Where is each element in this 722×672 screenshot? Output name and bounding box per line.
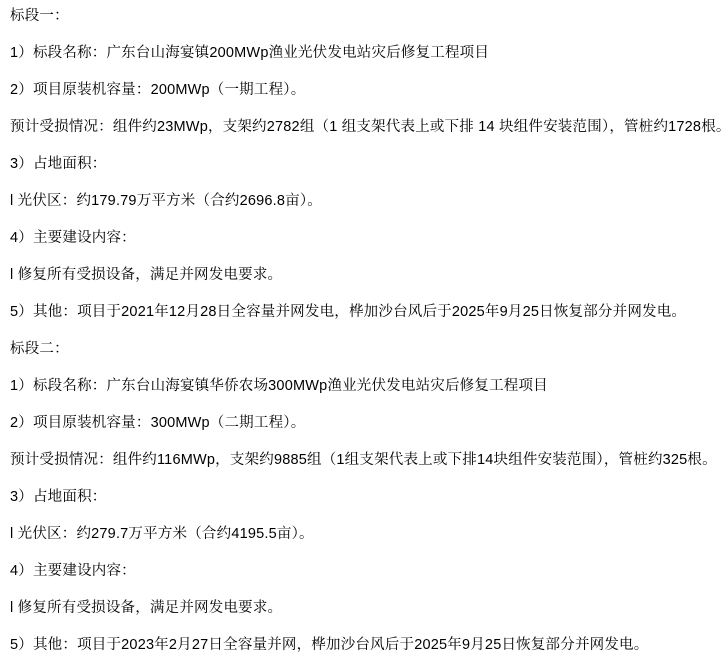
- section1-land-area-heading: 3）占地面积：: [10, 156, 712, 172]
- section2-other: 5）其他：项目于2023年2月27日全容量并网，桦加沙台风后于2025年9月25…: [10, 637, 712, 653]
- section2-heading: 标段二：: [10, 341, 712, 357]
- section1-damage-estimate: 预计受损情况：组件约23MWp，支架约2782组（1 组支架代表上或下排 14 …: [10, 119, 712, 135]
- section1-construction-item: l 修复所有受损设备，满足并网发电要求。: [10, 267, 712, 283]
- section2-pv-area: l 光伏区：约279.7万平方米（合约4195.5亩）。: [10, 526, 712, 542]
- section2-land-area-heading: 3）占地面积：: [10, 489, 712, 505]
- document-page: 标段一： 1）标段名称：广东台山海宴镇200MWp渔业光伏发电站灾后修复工程项目…: [0, 0, 722, 672]
- section1-installed-capacity: 2）项目原装机容量：200MWp（一期工程）。: [10, 82, 712, 98]
- section2-bid-name: 1）标段名称：广东台山海宴镇华侨农场300MWp渔业光伏发电站灾后修复工程项目: [10, 378, 712, 394]
- section1-bid-name: 1）标段名称：广东台山海宴镇200MWp渔业光伏发电站灾后修复工程项目: [10, 45, 712, 61]
- section1-construction-heading: 4）主要建设内容：: [10, 230, 712, 246]
- section2-construction-heading: 4）主要建设内容：: [10, 563, 712, 579]
- section1-heading: 标段一：: [10, 8, 712, 24]
- section2-installed-capacity: 2）项目原装机容量：300MWp（二期工程）。: [10, 415, 712, 431]
- section2-damage-estimate: 预计受损情况：组件约116MWp，支架约9885组（1组支架代表上或下排14块组…: [10, 452, 712, 468]
- section2-construction-item: l 修复所有受损设备，满足并网发电要求。: [10, 600, 712, 616]
- section1-other: 5）其他：项目于2021年12月28日全容量并网发电，桦加沙台风后于2025年9…: [10, 304, 712, 320]
- section1-pv-area: l 光伏区：约179.79万平方米（合约2696.8亩）。: [10, 193, 712, 209]
